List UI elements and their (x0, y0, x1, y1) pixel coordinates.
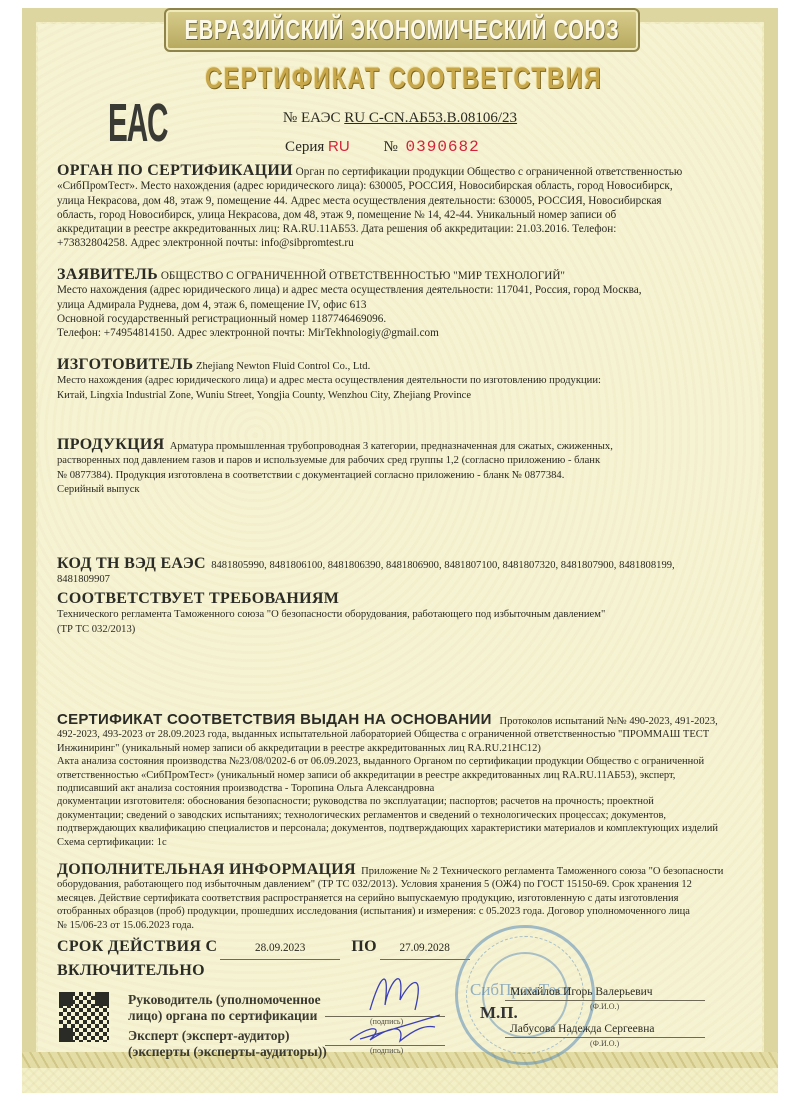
valid-from-date: 28.09.2023 (220, 937, 340, 960)
qr-code[interactable] (57, 990, 111, 1044)
section-heading: СЕРТИФИКАТ СООТВЕТСТВИЯ ВЫДАН НА ОСНОВАН… (57, 711, 492, 728)
section-heading: КОД ТН ВЭД ЕАЭС (57, 555, 206, 572)
section-heading: СООТВЕТСТВУЕТ ТРЕБОВАНИЯМ (57, 590, 339, 607)
section-manufacturer: ИЗГОТОВИТЕЛЬ Zhejiang Newton Fluid Contr… (57, 358, 757, 403)
section-heading: ОРГАН ПО СЕРТИФИКАЦИИ (57, 162, 293, 179)
blank-number: 0390682 (406, 138, 480, 156)
section-applicant: ЗАЯВИТЕЛЬ ОБЩЕСТВО С ОГРАНИЧЕННОЙ ОТВЕТС… (57, 268, 757, 340)
union-banner-text: ЕВРАЗИЙСКИЙ ЭКОНОМИЧЕСКИЙ СОЮЗ (185, 14, 620, 46)
section-heading: ИЗГОТОВИТЕЛЬ (57, 356, 193, 373)
expert-signatory-label: Эксперт (эксперт-аудитор) (эксперты (экс… (128, 1028, 327, 1060)
head-signatory-label: Руководитель (уполномоченное лицо) орган… (128, 992, 321, 1024)
section-heading: ЗАЯВИТЕЛЬ (57, 266, 158, 283)
seal-label: М.П. (480, 1003, 518, 1023)
section-heading: ПРОДУКЦИЯ (57, 436, 164, 453)
series-value: RU (328, 138, 350, 155)
certificate-number-value: RU С-CN.АБ53.В.08106/23 (344, 110, 517, 126)
head-name: Михайлов Игорь Валерьевич (510, 985, 690, 999)
section-requirements: СООТВЕТСТВУЕТ ТРЕБОВАНИЯМ Технического р… (57, 592, 757, 637)
section-heading: ДОПОЛНИТЕЛЬНАЯ ИНФОРМАЦИЯ (57, 861, 356, 878)
section-additional-info: ДОПОЛНИТЕЛЬНАЯ ИНФОРМАЦИЯ Приложение № 2… (57, 863, 777, 932)
section-hs-code: КОД ТН ВЭД ЕАЭС 8481805990, 8481806100, … (57, 557, 757, 588)
certificate-title: СЕРТИФИКАТ СООТВЕТСТВИЯ (205, 62, 595, 96)
section-product: ПРОДУКЦИЯ Арматура промышленная трубопро… (57, 438, 757, 497)
union-banner: ЕВРАЗИЙСКИЙ ЭКОНОМИЧЕСКИЙ СОЮЗ (164, 8, 640, 52)
series-row: Серия RU № 0390682 (285, 138, 480, 156)
section-certification-body: ОРГАН ПО СЕРТИФИКАЦИИ Орган по сертифика… (57, 164, 757, 251)
expert-name: Лабусова Надежда Сергеевна (510, 1022, 690, 1036)
certificate-number: № ЕАЭС RU С-CN.АБ53.В.08106/23 (0, 110, 800, 127)
section-basis: СЕРТИФИКАТ СООТВЕТСТВИЯ ВЫДАН НА ОСНОВАН… (57, 713, 777, 849)
signature-scribble-icon (330, 955, 440, 1055)
